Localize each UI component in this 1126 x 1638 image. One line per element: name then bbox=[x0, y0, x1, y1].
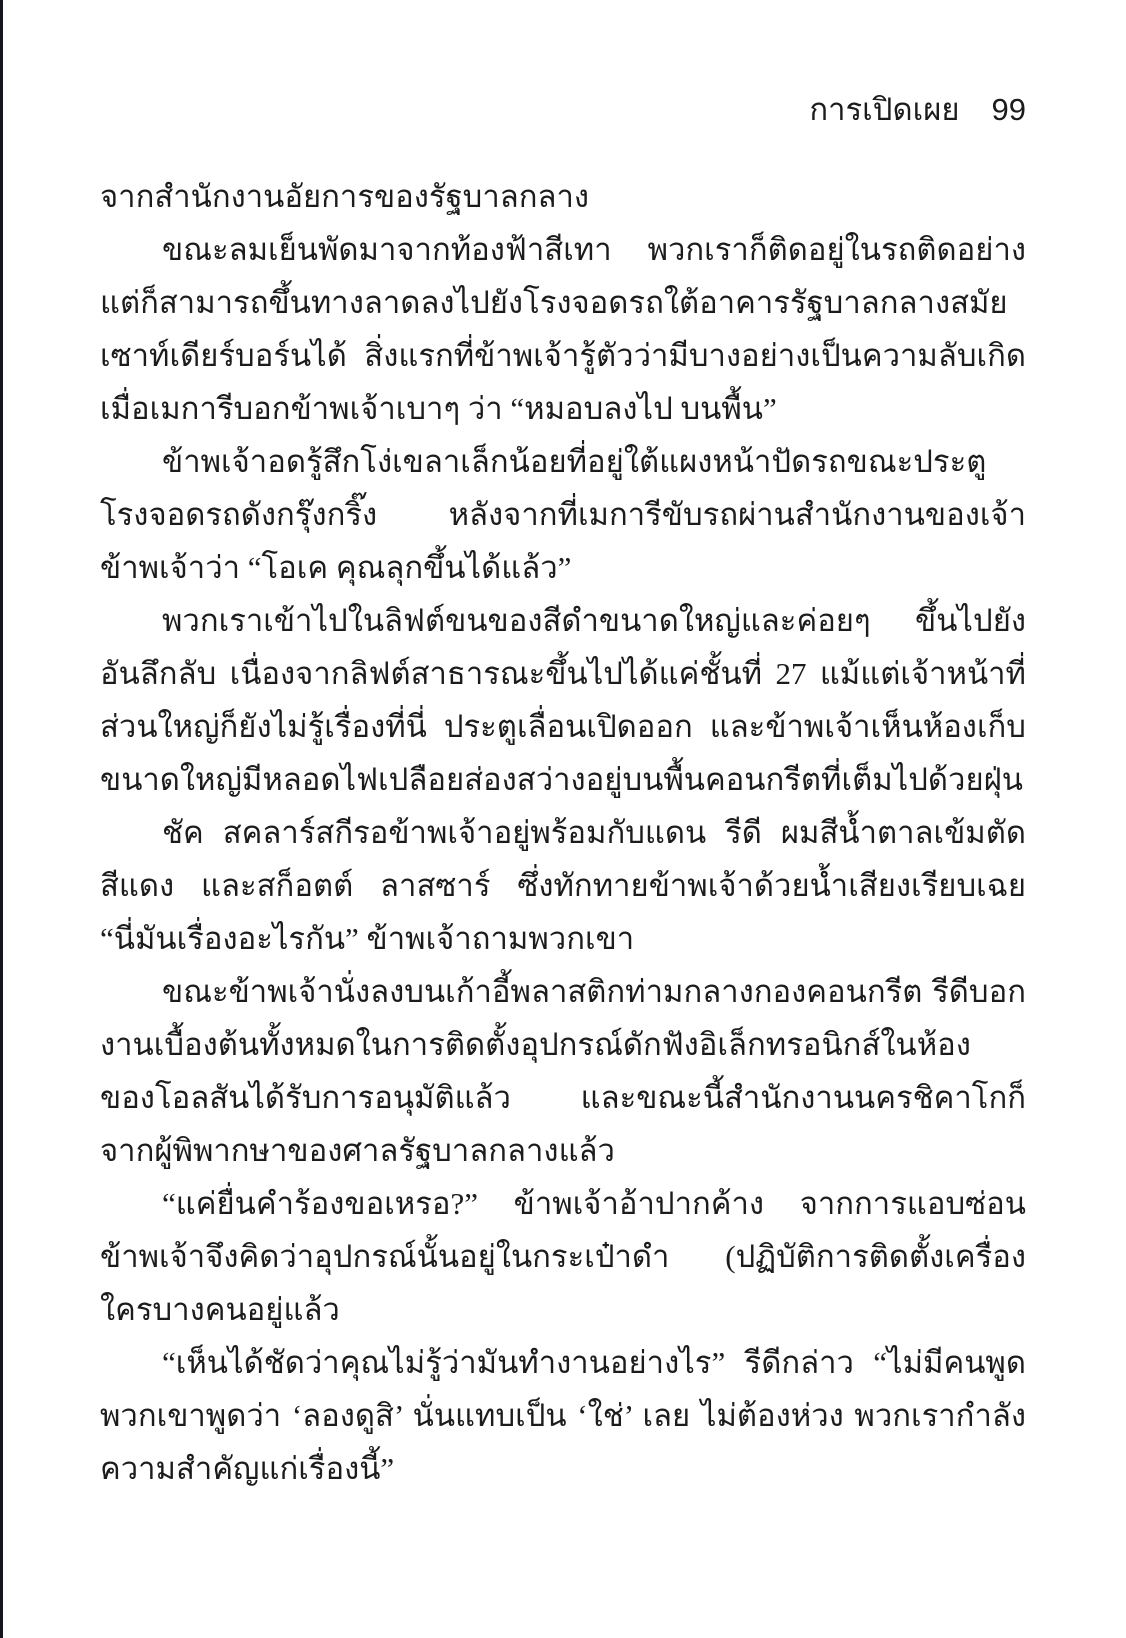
body-line: ข้าพเจ้าจึงคิดว่าอุปกรณ์นั้นอยู่ในกระเป๋… bbox=[100, 1230, 1026, 1283]
body-line: “เห็นได้ชัดว่าคุณไม่รู้ว่ามันทำงานอย่างไ… bbox=[100, 1336, 1026, 1389]
page-number: 99 bbox=[992, 92, 1026, 128]
book-page: การเปิดเผย 99 จากสำนักงานอัยการของรัฐบาล… bbox=[0, 0, 1126, 1638]
body-line: “นี่มันเรื่องอะไรกัน” ข้าพเจ้าถามพวกเขา bbox=[100, 912, 1026, 965]
body-line: ขณะข้าพเจ้านั่งลงบนเก้าอี้พลาสติกท่ามกลา… bbox=[100, 965, 1026, 1018]
body-line: จากผู้พิพากษาของศาลรัฐบาลกลางแล้ว bbox=[100, 1124, 1026, 1177]
body-line: ข้าพเจ้าว่า “โอเค คุณลุกขึ้นได้แล้ว” bbox=[100, 541, 1026, 594]
body-line: ความสำคัญแก่เรื่องนี้” bbox=[100, 1442, 1026, 1495]
body-line: ชัค สคลาร์สกีรอข้าพเจ้าอยู่พร้อมกับแดน ร… bbox=[100, 806, 1026, 859]
body-line: ขนาดใหญ่มีหลอดไฟเปลือยส่องสว่างอยู่บนพื้… bbox=[100, 753, 1026, 806]
body-line: แต่ก็สามารถขึ้นทางลาดลงไปยังโรงจอดรถใต้อ… bbox=[100, 276, 1026, 329]
scan-edge-shadow bbox=[0, 0, 3, 1638]
body-line: “แค่ยื่นคำร้องขอเหรอ?” ข้าพเจ้าอ้าปากค้า… bbox=[100, 1177, 1026, 1230]
body-text: จากสำนักงานอัยการของรัฐบาลกลางขณะลมเย็นพ… bbox=[100, 170, 1026, 1495]
body-line: ขณะลมเย็นพัดมาจากท้องฟ้าสีเทา พวกเราก็ติ… bbox=[100, 223, 1026, 276]
body-line: อันลึกลับ เนื่องจากลิฟต์สาธารณะขึ้นไปได้… bbox=[100, 647, 1026, 700]
body-line: พวกเราเข้าไปในลิฟต์ขนของสีดำขนาดใหญ่และค… bbox=[100, 594, 1026, 647]
body-line: จากสำนักงานอัยการของรัฐบาลกลาง bbox=[100, 170, 1026, 223]
body-line: สีแดง และสก็อตต์ ลาสซาร์ ซึ่งทักทายข้าพเ… bbox=[100, 859, 1026, 912]
body-line: ใครบางคนอยู่แล้ว bbox=[100, 1283, 1026, 1336]
body-line: ส่วนใหญ่ก็ยังไม่รู้เรื่องที่นี่ ประตูเลื… bbox=[100, 700, 1026, 753]
body-line: ข้าพเจ้าอดรู้สึกโง่เขลาเล็กน้อยที่อยู่ใต… bbox=[100, 435, 1026, 488]
running-header: การเปิดเผย 99 bbox=[809, 84, 1026, 134]
chapter-title: การเปิดเผย bbox=[809, 84, 959, 134]
body-line: เมื่อเมการีบอกข้าพเจ้าเบาๆ ว่า “หมอบลงไป… bbox=[100, 382, 1026, 435]
body-line: ของโอลสันได้รับการอนุมัติแล้ว และขณะนี้ส… bbox=[100, 1071, 1026, 1124]
body-line: เซาท์เดียร์บอร์นได้ สิ่งแรกที่ข้าพเจ้ารู… bbox=[100, 329, 1026, 382]
body-line: งานเบื้องต้นทั้งหมดในการติดตั้งอุปกรณ์ดั… bbox=[100, 1018, 1026, 1071]
body-line: พวกเขาพูดว่า ‘ลองดูสิ’ นั่นแทบเป็น ‘ใช่’… bbox=[100, 1389, 1026, 1442]
body-line: โรงจอดรถดังกรุ๊งกริ๊ง หลังจากที่เมการีขั… bbox=[100, 488, 1026, 541]
